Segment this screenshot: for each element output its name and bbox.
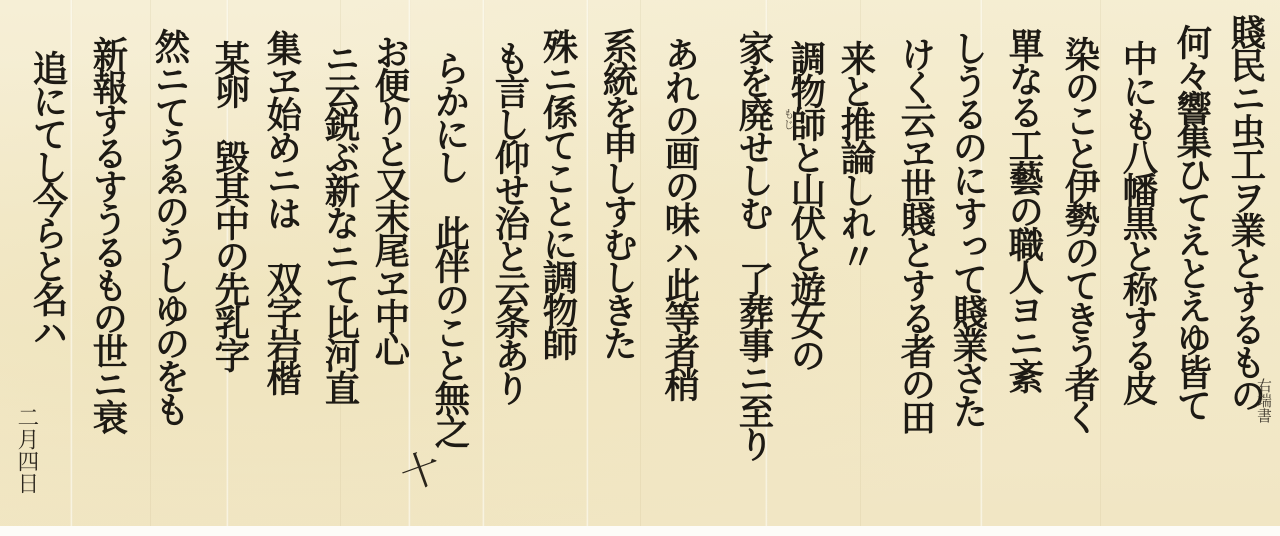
text-column-12: 系統を申しすむしきた xyxy=(598,28,637,358)
text-column-7: けく云ヱ世賤とする者の田 xyxy=(896,36,935,432)
text-column-5: 單なる工藝の職人ヨニ紊 xyxy=(1004,28,1043,391)
text-column-4: 染のこと伊勢のてきう者く xyxy=(1060,36,1099,432)
text-column-8: 来と推論しれ〃 xyxy=(836,40,875,271)
text-column-13: 殊ニ係てことに調物師 xyxy=(538,28,577,358)
text-column-9: 調物師と山伏と遊女の xyxy=(786,40,825,370)
text-column-1: 賤民ニ虫工ヲ業とするもの xyxy=(1226,14,1265,410)
text-column-16: お便りと又末尾ヱ中心 xyxy=(370,34,409,364)
text-column-10: 家を廃せしむ 了葬事ニ至り xyxy=(734,30,773,459)
marginal-note: 右端書 xyxy=(1256,378,1272,423)
text-column-2: 何々響集ひてえとえゆ皆て xyxy=(1172,24,1211,420)
text-column-11: あれの画の味ハ此等者稍 xyxy=(660,36,699,399)
paper-fold-line xyxy=(482,0,485,526)
paper-fold-line xyxy=(70,0,73,526)
paper-fold-line xyxy=(586,0,589,526)
text-column-15: らかにし 此伴のこと無之 xyxy=(430,50,469,446)
text-column-20: 然ニてうゑのうしゆのをも xyxy=(150,28,189,424)
text-column-17: ニ云鋭ぶ新なニて比河直 xyxy=(320,40,359,403)
text-column-14: も言し仰せ治と云条あり xyxy=(490,40,529,403)
furigana-note: もじ xyxy=(780,108,796,130)
paper-fiber xyxy=(640,0,641,526)
manuscript-sheet: 賤民ニ虫工ヲ業とするもの 何々響集ひてえとえゆ皆て 中にも八幡黒と称する皮 染の… xyxy=(0,0,1280,526)
text-column-19: 某卵 毀其中の先乳字 xyxy=(210,40,249,370)
scan-margin xyxy=(0,526,1280,536)
text-column-6: しうるのにすって賤業さた xyxy=(948,30,987,426)
text-column-22: 追にてし今らと名ハ xyxy=(28,50,67,347)
text-column-21: 新報するすうるもの世ニ衰 xyxy=(88,36,127,432)
text-column-3: 中にも八幡黒と称する皮 xyxy=(1118,40,1157,403)
date-note: 二月四日 xyxy=(14,406,38,494)
text-column-18: 集ヱ始めニは 双字岩楷 xyxy=(262,30,301,393)
